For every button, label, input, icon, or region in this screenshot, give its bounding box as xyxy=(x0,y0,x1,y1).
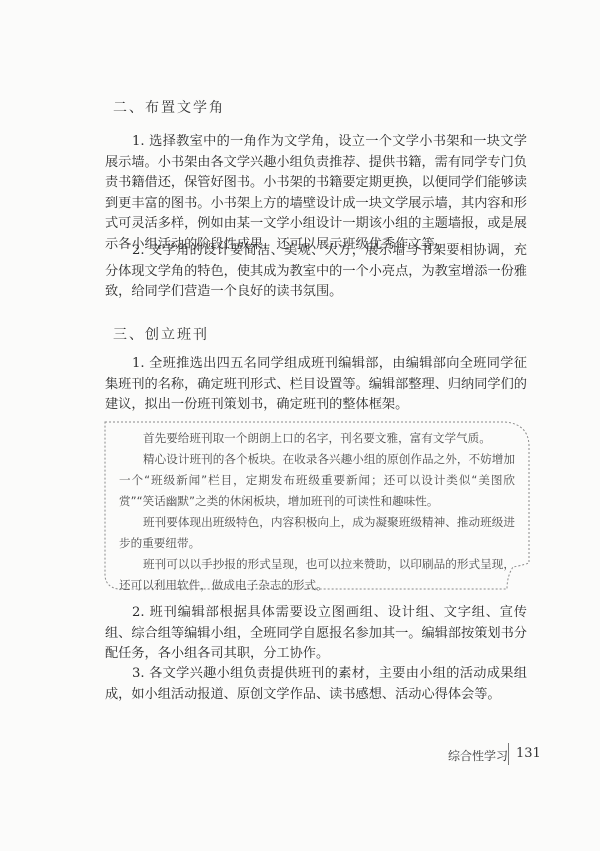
textbook-page: 二、布置文学角 1. 选择教室中的一角作为文学角，设立一个文学小书架和一块文学展… xyxy=(0,0,600,851)
footer-section-label: 综合性学习 xyxy=(448,747,508,764)
tip-item: 首先要给班刊取一个朗朗上口的名字，刊名要文雅，富有文学气质。 xyxy=(119,428,515,449)
tips-speech-bubble-border xyxy=(0,0,600,851)
paragraph-class-journal-2: 2. 班刊编辑部根据具体需要设立图画组、设计组、文字组、宣传组、综合组等编辑小组… xyxy=(105,603,527,665)
tips-box: 首先要给班刊取一个朗朗上口的名字，刊名要文雅，富有文学气质。 精心设计班刊的各个… xyxy=(119,428,515,596)
paragraph-class-journal-3: 3. 各文学兴趣小组负责提供班刊的素材，主要由小组的活动成果组成，如小组活动报道… xyxy=(105,664,527,705)
page-number: 131 xyxy=(516,746,541,761)
tip-item: 精心设计班刊的各个板块。在收录各兴趣小组的原创作品之外，不妨增加一个“班级新闻”… xyxy=(119,449,515,512)
tip-item: 班刊要体现出班级特色，内容积极向上，成为凝聚班级精神、推动班级进步的重要纽带。 xyxy=(119,512,515,554)
footer-divider xyxy=(508,743,509,765)
tip-item: 班刊可以以手抄报的形式呈现，也可以拉来赞助，以印刷品的形式呈现，还可以利用软件，… xyxy=(119,554,515,596)
